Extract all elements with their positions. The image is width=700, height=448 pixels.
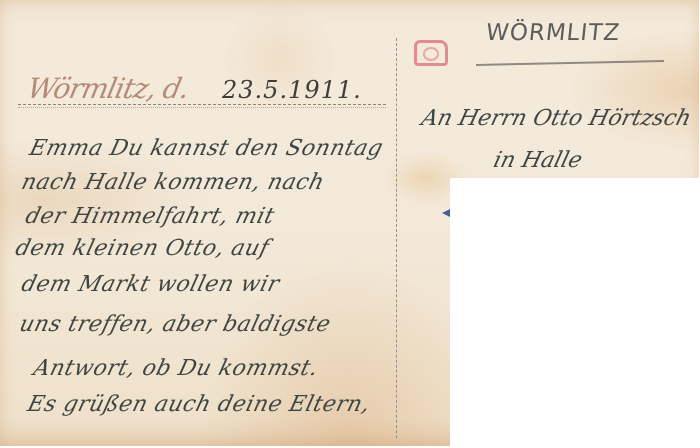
message-line: Antwort, ob Du kommst. <box>31 356 321 381</box>
red-postmark-icon <box>414 40 448 66</box>
redacted-area <box>450 178 700 448</box>
place-handwritten: Wörmlitz, d. <box>24 72 191 105</box>
address-line-1: An Herrn Otto Hörtzsch <box>419 106 694 131</box>
message-line: dem kleinen Otto, auf <box>13 236 272 261</box>
message-line: uns treffen, aber baldigste <box>17 312 334 337</box>
header-dotted-line <box>18 104 386 106</box>
message-line: nach Halle kommen, nach <box>19 170 327 195</box>
pencil-town-label: WÖRMLITZ <box>485 20 622 46</box>
center-divider-line <box>396 38 397 438</box>
address-line-2: in Halle <box>491 148 585 173</box>
pencil-underline <box>476 60 664 66</box>
message-line: der Himmelfahrt, mit <box>23 204 277 229</box>
message-line: Es grüßen auch deine Eltern, <box>25 392 373 417</box>
date-handwritten: 23.5.1911. <box>222 76 362 104</box>
message-line: dem Markt wollen wir <box>19 272 282 297</box>
message-line: Emma Du kannst den Sonntag <box>27 136 386 161</box>
blue-arrow-mark-icon <box>442 209 450 217</box>
header-dotted-line-secondary <box>18 107 386 109</box>
